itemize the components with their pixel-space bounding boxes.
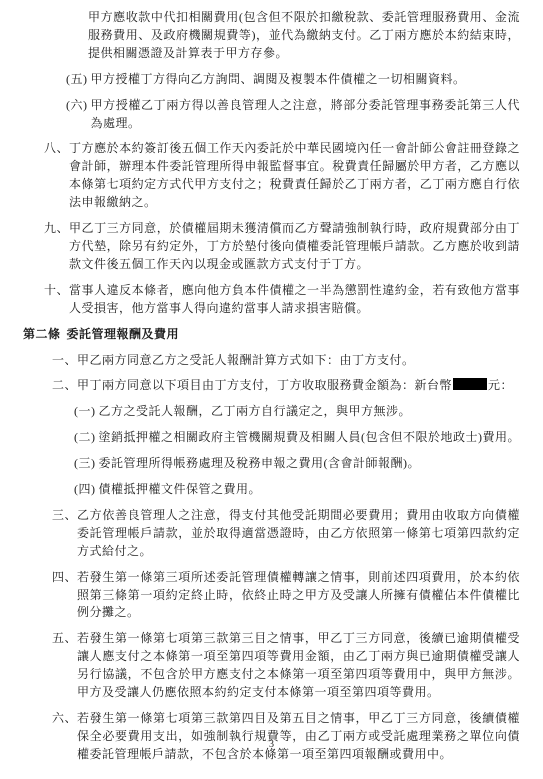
continuation-paragraph: 甲方應收款中代扣相關費用(包含但不限於扣繳稅款、委託管理服務費用、金流服務費用、… — [88, 9, 520, 63]
item-text: 丁方應於本約簽訂後五個工作天內委託於中華民國境內任一會計師公會註冊登錄之會計師，… — [69, 140, 520, 212]
clause-item-1: 一、 甲乙兩方同意乙方之受託人報酬計算方式如下：由丁方支付。 — [52, 352, 520, 370]
item-number: 十、 — [44, 282, 69, 318]
item-text: 甲乙兩方同意乙方之受託人報酬計算方式如下：由丁方支付。 — [77, 352, 520, 370]
clause-item-8: 八、 丁方應於本約簽訂後五個工作天內委託於中華民國境內任一會計師公會註冊登錄之會… — [44, 140, 520, 212]
clause-item-10: 十、 當事人違反本條者，應向他方負本件債權之一半為懲罰性違約金，若有致他方當事人… — [44, 282, 520, 318]
clause-subitem-5: (五) 甲方授權丁方得向乙方詢問、調閱及複製本件債權之一切相關資料。 — [66, 71, 520, 89]
redaction-box — [453, 378, 487, 390]
clause-item-3: 三、 乙方依善良管理人之注意，得支付其他受託期間必要費用；費用由收取方向債權委託… — [52, 507, 520, 561]
clause-subitem-1: (一) 乙方之受託人報酬，乙丁兩方自行議定之，與甲方無涉。 — [74, 403, 520, 421]
clause-subitem-4: (四) 債權抵押權文件保管之費用。 — [74, 481, 520, 499]
page-content: 甲方應收款中代扣相關費用(包含但不限於扣繳稅款、委託管理服務費用、金流服務費用、… — [0, 9, 520, 772]
clause-subitem-2: (二) 塗銷抵押權之相關政府主管機關規費及相關人員(包含但不限於地政士)費用。 — [74, 429, 520, 447]
subitem-number: (六) — [66, 97, 88, 133]
clause-subitem-6: (六) 甲方授權乙丁兩方得以善良管理人之注意，將部分委託管理事務委託第三人代為處… — [66, 97, 520, 133]
item-number: 二、 — [52, 377, 77, 395]
clause-item-9: 九、 甲乙丁三方同意，於債權屆期未獲清償而乙方聲請強制執行時，政府規費部分由丁方… — [44, 220, 520, 274]
item-number: 九、 — [44, 220, 69, 274]
subitem-number: (三) — [74, 455, 96, 473]
subitem-number: (四) — [74, 481, 96, 499]
subitem-number: (五) — [66, 71, 88, 89]
item-number: 四、 — [52, 569, 77, 623]
article-number: 第二條 — [23, 327, 61, 341]
article-title: 委託管理報酬及費用 — [67, 327, 180, 341]
clause-item-4: 四、 若發生第一條第三項所述委託管理債權轉讓之情事，則前述四項費用，於本約依照第… — [52, 569, 520, 623]
clause-item-2: 二、 甲丁兩方同意以下項目由丁方支付，丁方收取服務費金額為：新台幣元： — [52, 377, 520, 395]
subitem-number: (一) — [74, 403, 96, 421]
subitem-text: 甲方授權丁方得向乙方詢問、調閱及複製本件債權之一切相關資料。 — [91, 71, 521, 89]
item-text: 乙方依善良管理人之注意，得支付其他受託期間必要費用；費用由收取方向債權委託管理帳… — [77, 507, 520, 561]
item-text: 當事人違反本條者，應向他方負本件債權之一半為懲罰性違約金，若有致他方當事人受損害… — [69, 282, 520, 318]
item-text: 甲乙丁三方同意，於債權屆期未獲清償而乙方聲請強制執行時，政府規費部分由丁方代墊，… — [69, 220, 520, 274]
page-number: 3 — [0, 736, 543, 754]
item-number: 八、 — [44, 140, 69, 212]
subitem-text: 塗銷抵押權之相關政府主管機關規費及相關人員(包含但不限於地政士)費用。 — [99, 429, 521, 447]
item-text-with-redaction: 甲丁兩方同意以下項目由丁方支付，丁方收取服務費金額為：新台幣元： — [77, 377, 520, 395]
subitem-text: 債權抵押權文件保管之費用。 — [99, 481, 521, 499]
subitem-text: 甲方授權乙丁兩方得以善良管理人之注意，將部分委託管理事務委託第三人代為處理。 — [91, 97, 521, 133]
subitem-number: (二) — [74, 429, 96, 447]
item-text: 若發生第一條第七項第三款第三目之情事，甲乙丁三方同意，後續已逾期債權受讓人應支付… — [77, 630, 520, 702]
item-text: 若發生第一條第三項所述委託管理債權轉讓之情事，則前述四項費用，於本約依照第三條第… — [77, 569, 520, 623]
item-text-after: 元： — [488, 378, 513, 392]
clause-item-5: 五、 若發生第一條第七項第三款第三目之情事，甲乙丁三方同意，後續已逾期債權受讓人… — [52, 630, 520, 702]
item-number: 三、 — [52, 507, 77, 561]
subitem-text: 委託管理所得帳務處理及稅務申報之費用(含會計師報酬)。 — [99, 455, 521, 473]
clause-subitem-3: (三) 委託管理所得帳務處理及稅務申報之費用(含會計師報酬)。 — [74, 455, 520, 473]
item-number: 一、 — [52, 352, 77, 370]
item-number: 五、 — [52, 630, 77, 702]
subitem-text: 乙方之受託人報酬，乙丁兩方自行議定之，與甲方無涉。 — [99, 403, 521, 421]
document-page: 甲方應收款中代扣相關費用(包含但不限於扣繳稅款、委託管理服務費用、金流服務費用、… — [0, 0, 543, 779]
section-heading: 第二條委託管理報酬及費用 — [23, 326, 520, 344]
item-text-before: 甲丁兩方同意以下項目由丁方支付，丁方收取服務費金額為：新台幣 — [77, 378, 452, 392]
